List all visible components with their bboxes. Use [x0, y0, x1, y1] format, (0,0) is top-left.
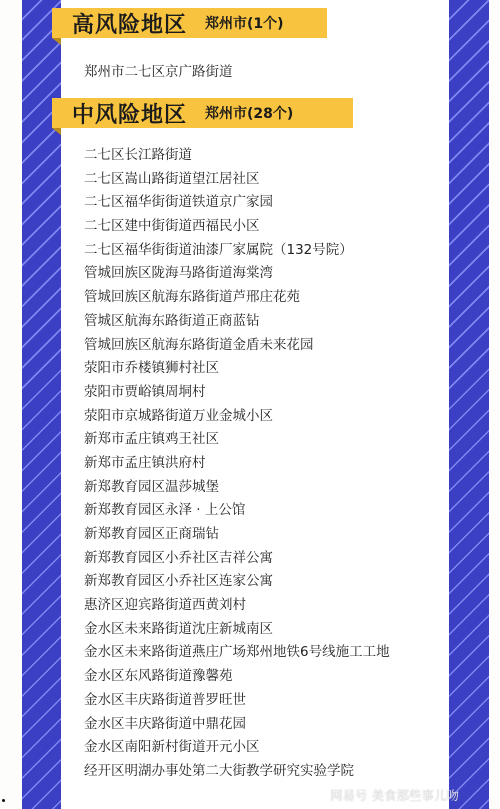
right-striped-border: [449, 0, 489, 809]
list-item: 管城回族区航海东路街道芦邢庄花苑: [84, 288, 390, 312]
list-item: 管城回族区航海东路街道金盾未来花园: [84, 336, 390, 360]
bullet-dot: [2, 799, 5, 802]
medium-risk-title: 中风险地区: [72, 98, 187, 129]
list-item: 荥阳市乔楼镇狮村社区: [84, 359, 390, 383]
high-risk-count: 郑州市(1个): [205, 13, 284, 33]
list-item: 二七区长江路街道: [84, 146, 390, 170]
medium-risk-list: 二七区长江路街道 二七区嵩山路街道望江居社区 二七区福华街街道铁道京广家园 二七…: [84, 146, 390, 786]
list-item: 荥阳市贾峪镇周垌村: [84, 383, 390, 407]
list-item: 二七区嵩山路街道望江居社区: [84, 170, 390, 194]
list-item: 新郑教育园区永泽 · 上公馆: [84, 501, 390, 525]
high-risk-header: 高风险地区 郑州市(1个): [52, 8, 327, 38]
list-item: 金水区丰庆路街道中鼎花园: [84, 715, 390, 739]
list-item: 新郑市孟庄镇洪府村: [84, 454, 390, 478]
list-item: 经开区明湖办事处第二大街教学研究实验学院: [84, 762, 390, 786]
list-item: 金水区南阳新村街道开元小区: [84, 738, 390, 762]
medium-risk-header: 中风险地区 郑州市(28个): [52, 98, 353, 128]
medium-risk-count: 郑州市(28个): [205, 103, 293, 123]
list-item: 二七区建中街街道西福民小区: [84, 217, 390, 241]
high-risk-item: 郑州市二七区京广路街道: [84, 63, 233, 81]
watermark: 网易号 美食那些事儿吻: [330, 786, 459, 804]
list-item: 管城回族区陇海马路街道海棠湾: [84, 264, 390, 288]
list-item: 金水区丰庆路街道普罗旺世: [84, 691, 390, 715]
list-item: 新郑市孟庄镇鸡王社区: [84, 430, 390, 454]
list-item: 惠济区迎宾路街道西黄刘村: [84, 596, 390, 620]
list-item: 二七区福华街街道油漆厂家属院（132号院）: [84, 241, 390, 265]
list-item: 新郑教育园区小乔社区吉祥公寓: [84, 549, 390, 573]
list-item: 金水区东风路街道豫馨苑: [84, 667, 390, 691]
list-item: 二七区福华街街道铁道京广家园: [84, 193, 390, 217]
list-item: 金水区未来路街道沈庄新城南区: [84, 620, 390, 644]
list-item: 新郑教育园区小乔社区连家公寓: [84, 572, 390, 596]
list-item: 荥阳市京城路街道万业金城小区: [84, 407, 390, 431]
list-item: 新郑教育园区温莎城堡: [84, 478, 390, 502]
list-item: 管城区航海东路街道正商蓝钻: [84, 312, 390, 336]
list-item: 新郑教育园区正商瑞钻: [84, 525, 390, 549]
high-risk-title: 高风险地区: [72, 8, 187, 39]
list-item: 金水区未来路街道燕庄广场郑州地铁6号线施工工地: [84, 643, 390, 667]
